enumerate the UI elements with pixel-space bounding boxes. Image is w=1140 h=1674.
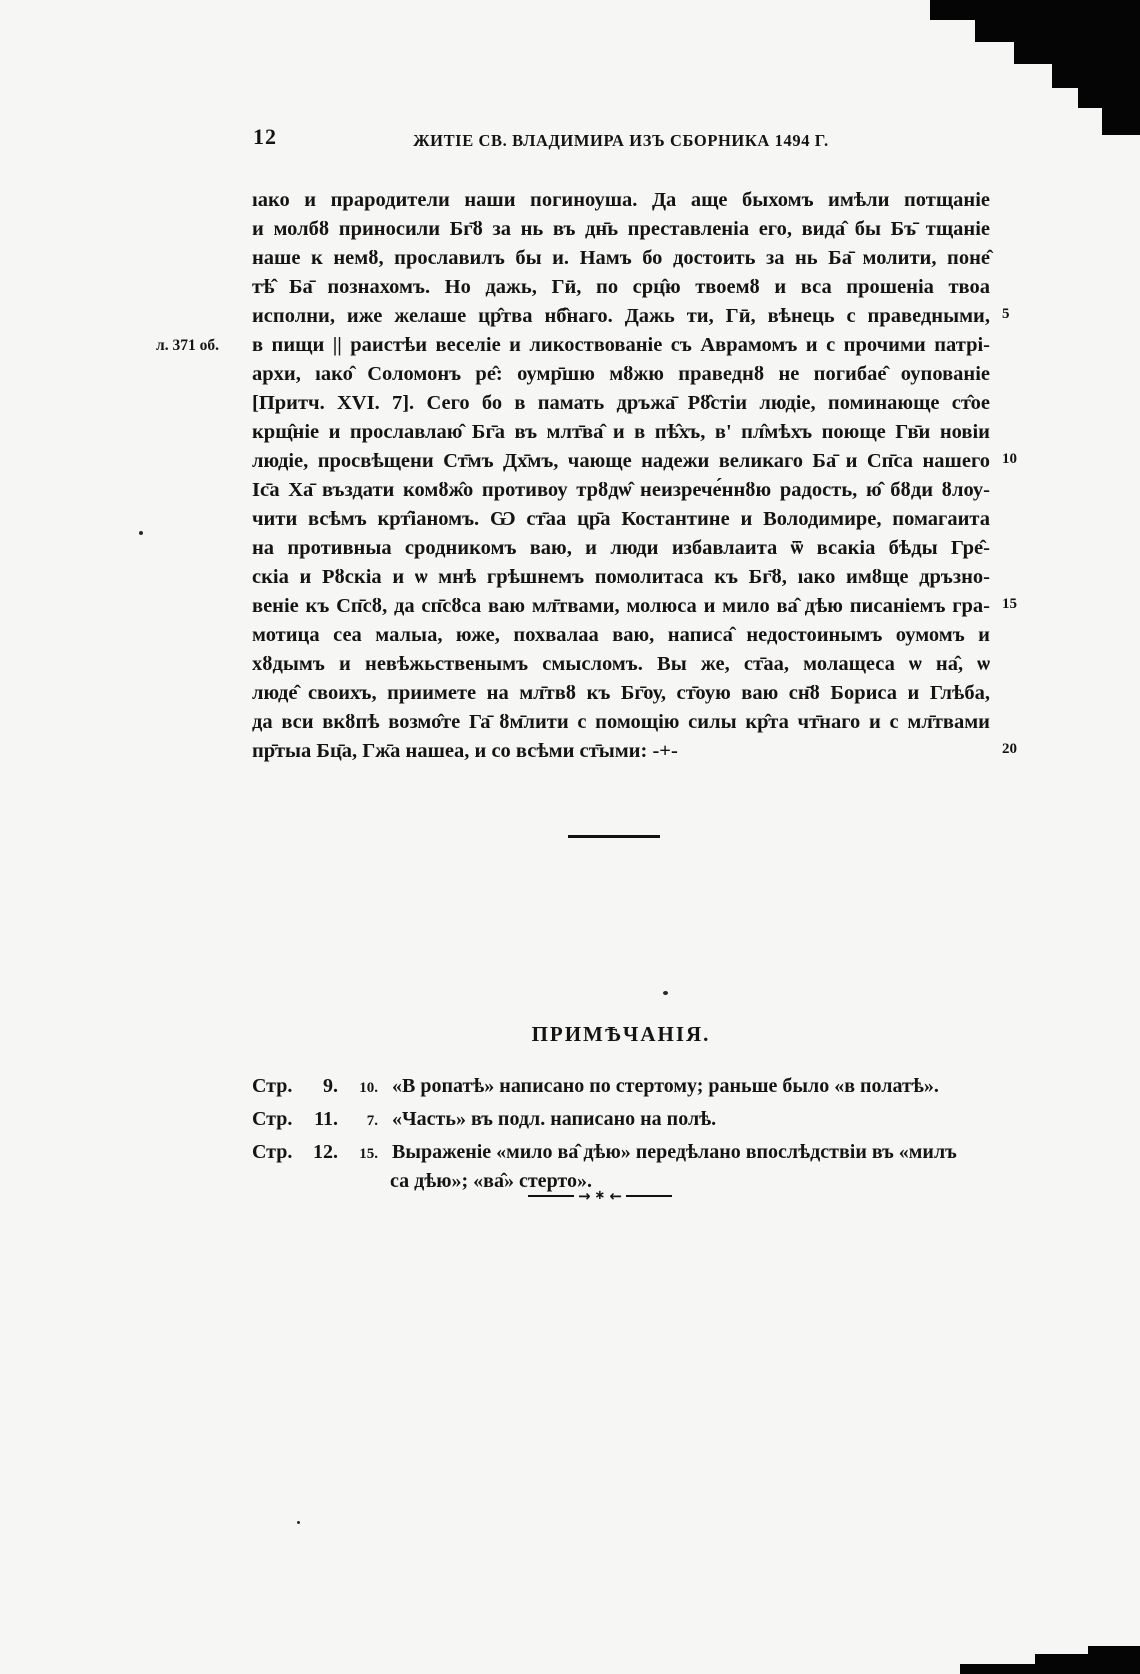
body-line: скіа и Рȣскіа и ѡ мнѣ грѣшнемъ помолитас… (252, 563, 990, 592)
margin-line-number-15: 15 (1002, 596, 1036, 613)
body-line: тѣ̂ Ба̄ познахомъ. Но дажь, Гӣ, по срц̂ю… (252, 273, 990, 302)
arrow-right-icon: → (578, 1189, 591, 1204)
scan-artifact-bottom-right (960, 1642, 1140, 1674)
notes-list: Стр. 9. 10. «В ропатѣ» написано по стерт… (252, 1070, 1007, 1169)
notes-heading: ПРИМѢЧАНІЯ. (252, 1022, 990, 1047)
margin-line-number-20: 20 (1002, 741, 1036, 758)
body-line: [Притч. XVI. 7]. Сего бо в памать дръжа̄… (252, 389, 990, 418)
scan-artifact-top-right (930, 0, 1140, 135)
ornament-line-left (528, 1195, 574, 1197)
body-line: архи, ıако̂ Соломонъ ре̂: оумр̄шю мȣжю п… (252, 360, 990, 389)
margin-line-number-10: 10 (1002, 451, 1036, 468)
body-line: исполни, иже желаше цр̂тва нб̂наго. Дажь… (252, 302, 990, 331)
note-line-number: 10. (338, 1072, 378, 1105)
body-text-block: ıако и прародители наши погиноуша. Да ащ… (252, 186, 990, 766)
margin-line-number-5: 5 (1002, 306, 1036, 323)
body-line: и молбȣ приносили Бг̄ȣ за нь въ дн̄ь пре… (252, 215, 990, 244)
body-line: ıако и прародители наши погиноуша. Да ащ… (252, 186, 990, 215)
section-divider-rule (568, 835, 660, 838)
body-line: люде̂ своихъ, приимете на мл̄твȣ къ Бг̄о… (252, 679, 990, 708)
note-page-number: 9. (304, 1070, 338, 1103)
folio-margin-note: л. 371 об. (156, 337, 219, 355)
ornament-line-right (626, 1195, 672, 1197)
running-header: ЖИТІЕ СВ. ВЛАДИМИРА ИЗЪ СБОРНИКА 1494 Г. (252, 131, 990, 151)
body-line: в пищи || раистѣи веселіе и ликоствовані… (252, 331, 990, 360)
note-text: Выраженіе «мило ва̂ дѣю» передѣлано впос… (392, 1136, 957, 1169)
body-line: наше к немȣ, прославилъ бы и. Намъ бо до… (252, 244, 990, 273)
body-line: на противныа сродникомъ ваю, и люди изба… (252, 534, 990, 563)
body-line: Іс̄а Ха̄ въздати комȣж̂о противоу трȣдѡ̂… (252, 476, 990, 505)
ink-speck (297, 1521, 300, 1524)
ink-speck (139, 531, 143, 535)
body-line: чити всѣмъ крт̂іаномъ. Ѡ ст̄аа цр̄а Кост… (252, 505, 990, 534)
ink-speck (663, 991, 668, 995)
asterisk-icon: ∗ (595, 1189, 606, 1202)
body-line: людіе, просвѣщени Ст̄мъ Дх̄мъ, чающе над… (252, 447, 990, 476)
note-text: «В ропатѣ» написано по стертому; раньше … (392, 1070, 939, 1103)
note-row: Стр. 11. 7. «Часть» въ подл. написано на… (252, 1103, 1007, 1136)
body-line: веніе къ Сп̄сȣ, да сп̄сȣса ваю мл̄твами,… (252, 592, 990, 621)
note-line-number: 7. (338, 1105, 378, 1138)
note-row: Стр. 9. 10. «В ропатѣ» написано по стерт… (252, 1070, 1007, 1103)
body-line: да вси вкȣпѣ возмо̂те Га̄ ȣм̄лити с помо… (252, 708, 990, 737)
note-page-number: 11. (304, 1103, 338, 1136)
note-text: «Часть» въ подл. написано на полѣ. (392, 1103, 716, 1136)
note-line-number: 15. (338, 1138, 378, 1171)
note-row: Стр. 12. 15. Выраженіе «мило ва̂ дѣю» пе… (252, 1136, 1007, 1169)
note-page-word: Стр. (252, 1070, 304, 1103)
scanned-page: 12 ЖИТІЕ СВ. ВЛАДИМИРА ИЗЪ СБОРНИКА 1494… (0, 0, 1140, 1674)
body-line: мотица сеа малыа, юже, похвалаа ваю, нап… (252, 621, 990, 650)
end-ornament: → ∗ ← (515, 1186, 685, 1206)
body-line: пр̄тыа Бц̄а, Гж̄а нашеа, и со всѣми ст̄ы… (252, 737, 990, 766)
body-line: хȣдымъ и невѣжьственымъ смысломъ. Вы же,… (252, 650, 990, 679)
body-line: крщ̂ніе и прославлаю̂ Бг̄а въ млт̄ва̂ и … (252, 418, 990, 447)
arrow-left-icon: ← (609, 1189, 622, 1204)
note-page-number: 12. (304, 1136, 338, 1169)
note-page-word: Стр. (252, 1136, 304, 1169)
note-page-word: Стр. (252, 1103, 304, 1136)
